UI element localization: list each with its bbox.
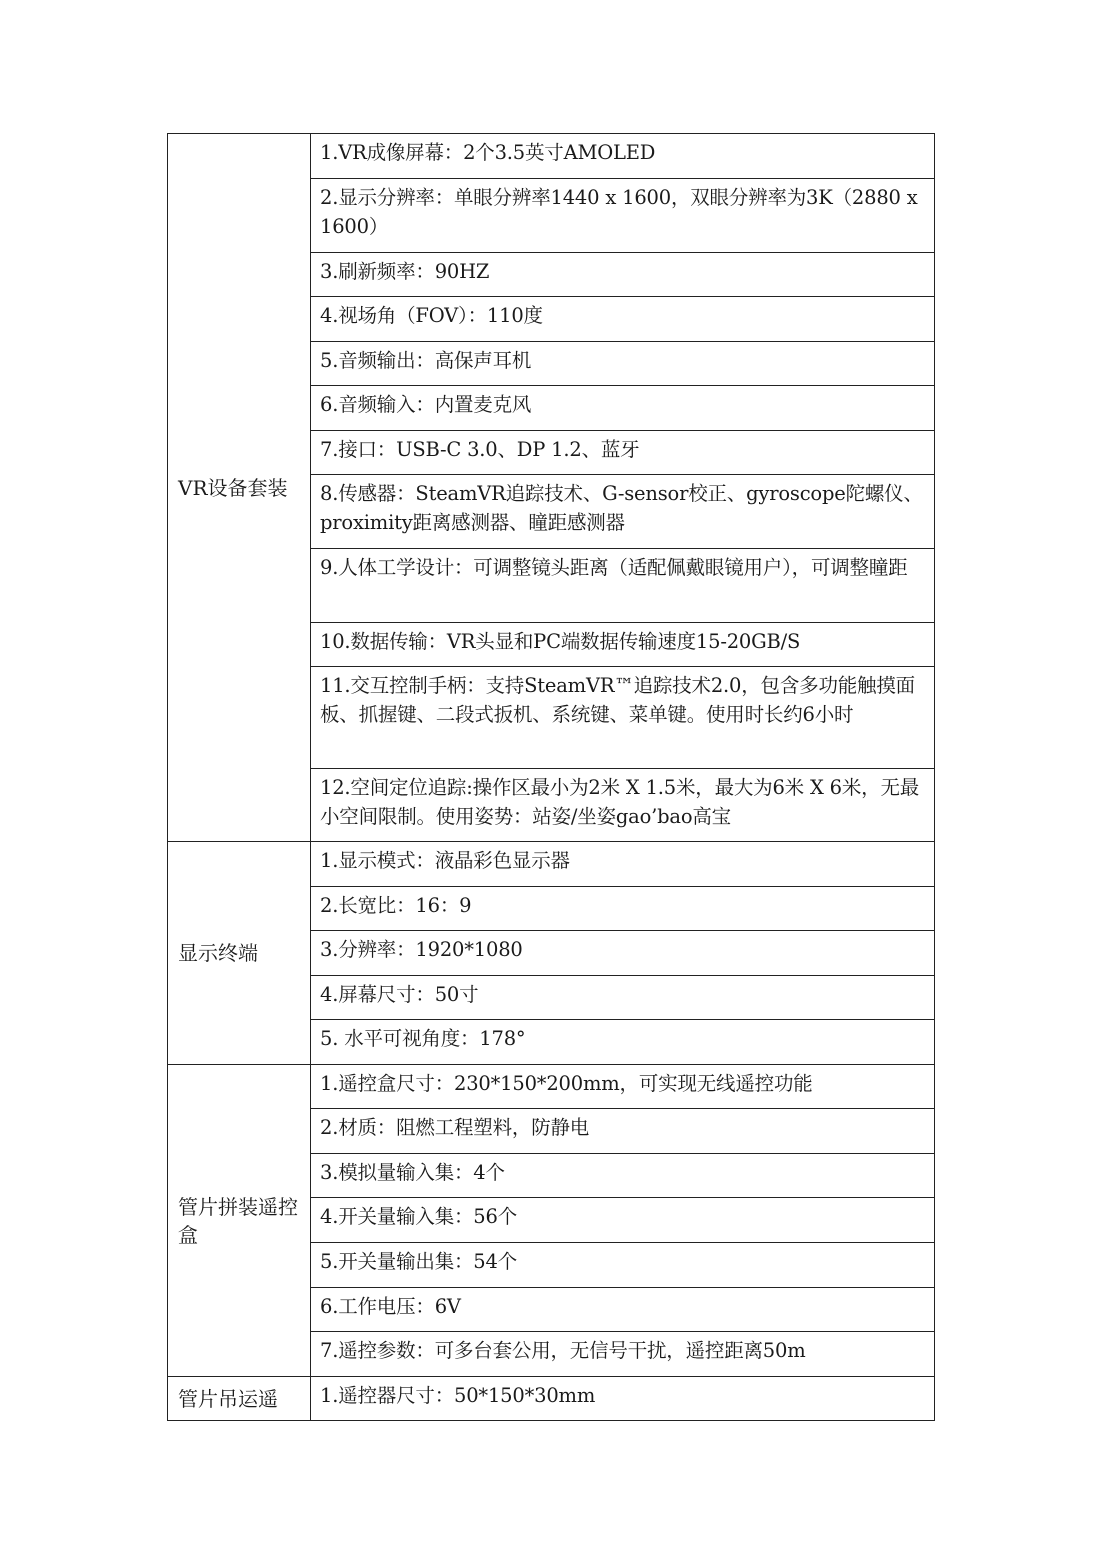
spec-item-cell: 8.传感器：SteamVR追踪技术、G-sensor校正、gyroscope陀螺…: [311, 475, 935, 549]
spec-item-cell: 5. 水平可视角度：178°: [311, 1020, 935, 1065]
table-row: 管片拼装遥控盒1.遥控盒尺寸：230*150*200mm，可实现无线遥控功能: [168, 1065, 935, 1109]
spec-item-cell: 2.材质：阻燃工程塑料，防静电: [311, 1109, 935, 1154]
spec-item-text: 7.遥控参数：可多台套公用，无信号干扰，遥控距离50m: [311, 1332, 934, 1366]
spec-item-text: 3.模拟量输入集：4个: [311, 1154, 934, 1188]
spec-item-cell: 2.显示分辨率：单眼分辨率1440 x 1600，双眼分辨率为3K（2880 x…: [311, 179, 935, 253]
spec-item-cell: 3.刷新频率：90HZ: [311, 253, 935, 297]
spec-item-text: 4.视场角（FOV）：110度: [311, 297, 934, 331]
category-cell: 管片吊运遥: [168, 1377, 311, 1421]
spec-item-text: 9.人体工学设计：可调整镜头距离（适配佩戴眼镜用户），可调整瞳距: [311, 549, 934, 583]
spec-item-cell: 7.遥控参数：可多台套公用，无信号干扰，遥控距离50m: [311, 1332, 935, 1377]
category-cell: 管片拼装遥控盒: [168, 1065, 311, 1377]
spec-item-cell: 4.开关量输入集：56个: [311, 1198, 935, 1243]
spec-item-cell: 11.交互控制手柄：支持SteamVR™追踪技术2.0，包含多功能触摸面板、抓握…: [311, 667, 935, 769]
spec-item-text: 1.遥控盒尺寸：230*150*200mm，可实现无线遥控功能: [311, 1065, 934, 1099]
category-label: 管片拼装遥控盒: [168, 1193, 310, 1249]
spec-item-cell: 7.接口：USB-C 3.0、DP 1.2、蓝牙: [311, 431, 935, 475]
spec-item-text: 2.显示分辨率：单眼分辨率1440 x 1600，双眼分辨率为3K（2880 x…: [311, 179, 934, 241]
spec-item-text: 8.传感器：SteamVR追踪技术、G-sensor校正、gyroscope陀螺…: [311, 475, 934, 537]
spec-item-text: 7.接口：USB-C 3.0、DP 1.2、蓝牙: [311, 431, 934, 465]
spec-item-text: 11.交互控制手柄：支持SteamVR™追踪技术2.0，包含多功能触摸面板、抓握…: [311, 667, 934, 729]
spec-item-text: 5.开关量输出集：54个: [311, 1243, 934, 1277]
table-row: 显示终端1.显示模式：液晶彩色显示器: [168, 842, 935, 887]
category-label: VR设备套装: [168, 474, 310, 502]
spec-item-cell: 10.数据传输：VR头显和PC端数据传输速度15-20GB/S: [311, 623, 935, 667]
spec-item-cell: 1.VR成像屏幕：2个3.5英寸AMOLED: [311, 134, 935, 179]
spec-item-text: 6.音频输入：内置麦克风: [311, 386, 934, 420]
category-label: 显示终端: [168, 939, 310, 967]
category-cell: 显示终端: [168, 842, 311, 1065]
spec-item-cell: 9.人体工学设计：可调整镜头距离（适配佩戴眼镜用户），可调整瞳距: [311, 549, 935, 623]
spec-item-cell: 5.开关量输出集：54个: [311, 1243, 935, 1288]
spec-item-cell: 3.分辨率：1920*1080: [311, 931, 935, 976]
spec-item-text: 4.开关量输入集：56个: [311, 1198, 934, 1232]
spec-item-cell: 4.屏幕尺寸：50寸: [311, 976, 935, 1020]
spec-item-text: 4.屏幕尺寸：50寸: [311, 976, 934, 1010]
category-label: 管片吊运遥: [168, 1385, 310, 1413]
spec-item-text: 12.空间定位追踪:操作区最小为2米 X 1.5米，最大为6米 X 6米，无最小…: [311, 769, 934, 831]
table-row: VR设备套装1.VR成像屏幕：2个3.5英寸AMOLED: [168, 134, 935, 179]
spec-table: VR设备套装1.VR成像屏幕：2个3.5英寸AMOLED2.显示分辨率：单眼分辨…: [167, 133, 935, 1421]
spec-item-cell: 5.音频输出：高保声耳机: [311, 342, 935, 386]
spec-item-text: 6.工作电压：6V: [311, 1288, 934, 1322]
spec-item-cell: 6.音频输入：内置麦克风: [311, 386, 935, 431]
spec-item-text: 1.显示模式：液晶彩色显示器: [311, 842, 934, 876]
spec-item-cell: 1.遥控盒尺寸：230*150*200mm，可实现无线遥控功能: [311, 1065, 935, 1109]
category-cell: VR设备套装: [168, 134, 311, 842]
spec-item-text: 5. 水平可视角度：178°: [311, 1020, 934, 1054]
spec-item-text: 2.长宽比：16：9: [311, 887, 934, 921]
spec-item-text: 1.VR成像屏幕：2个3.5英寸AMOLED: [311, 134, 934, 168]
spec-item-text: 3.分辨率：1920*1080: [311, 931, 934, 965]
spec-item-cell: 4.视场角（FOV）：110度: [311, 297, 935, 342]
spec-item-text: 10.数据传输：VR头显和PC端数据传输速度15-20GB/S: [311, 623, 934, 657]
spec-item-cell: 3.模拟量输入集：4个: [311, 1154, 935, 1198]
spec-item-cell: 12.空间定位追踪:操作区最小为2米 X 1.5米，最大为6米 X 6米，无最小…: [311, 769, 935, 842]
spec-item-text: 1.遥控器尺寸：50*150*30mm: [311, 1377, 934, 1411]
spec-item-cell: 1.遥控器尺寸：50*150*30mm: [311, 1377, 935, 1421]
spec-item-cell: 1.显示模式：液晶彩色显示器: [311, 842, 935, 887]
spec-item-text: 5.音频输出：高保声耳机: [311, 342, 934, 376]
table-row: 管片吊运遥1.遥控器尺寸：50*150*30mm: [168, 1377, 935, 1421]
spec-item-cell: 2.长宽比：16：9: [311, 887, 935, 931]
spec-item-text: 3.刷新频率：90HZ: [311, 253, 934, 287]
spec-item-text: 2.材质：阻燃工程塑料，防静电: [311, 1109, 934, 1143]
spec-item-cell: 6.工作电压：6V: [311, 1288, 935, 1332]
